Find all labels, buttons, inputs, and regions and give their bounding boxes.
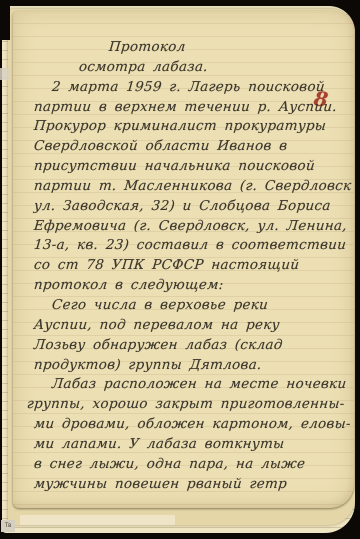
handwritten-line: ул. Заводская, 32) и Слобцова Бориса	[33, 197, 360, 217]
photo-black-corner	[0, 0, 10, 40]
handwritten-line: Лабаз расположен на месте ночевки	[51, 375, 360, 395]
handwritten-line: Прокурор криминалист прокуратуры	[33, 117, 360, 137]
handwritten-line: партии т. Масленникова (г. Свердловск	[33, 177, 360, 197]
handwritten-line: ми дровами, обложен картоном, еловы-	[33, 415, 360, 435]
photographed-notebook-page: 8 Протокол осмотра лабаза. 2 марта 1959 …	[0, 0, 360, 539]
handwritten-text-block: Протокол осмотра лабаза. 2 марта 1959 г.…	[33, 38, 360, 494]
under-page-light-strip	[20, 515, 175, 525]
document-title-line: Протокол	[108, 38, 360, 58]
document-title-line: осмотра лабаза.	[78, 58, 360, 78]
handwritten-line: в снег лыжи, одна пара, на лыже	[33, 455, 360, 475]
handwritten-line: со ст 78 УПК РСФСР настоящий	[33, 256, 360, 276]
handwritten-line: Ауспии, под перевалом на реку	[33, 316, 360, 336]
handwritten-line: Сего числа в верховье реки	[51, 296, 360, 316]
handwritten-line: присутствии начальника поисковой	[33, 157, 360, 177]
handwritten-line: протокол в следующем:	[33, 276, 360, 296]
handwritten-line: Лозьву обнаружен лабаз (склад	[33, 336, 360, 356]
handwritten-line: партии в верхнем течении р. Ауспии.	[33, 98, 360, 118]
handwritten-line: Ефремовича (г. Свердловск, ул. Ленина,	[33, 217, 360, 237]
handwritten-line: мужчины повешен рваный гетр	[33, 475, 360, 495]
edge-sticker-bottom: Тв	[1, 520, 15, 532]
handwritten-line: 2 марта 1959 г. Лагерь поисковой	[51, 78, 360, 98]
edge-sticker-top	[0, 68, 10, 80]
handwritten-line: 13-а, кв. 23) составил в соответствии	[33, 236, 360, 256]
handwritten-line: ми лапами. У лабаза воткнуты	[33, 435, 360, 455]
handwritten-line: продуктов) группы Дятлова.	[33, 356, 360, 376]
handwritten-line: группы, хорошо закрыт приготовленны-	[26, 395, 360, 415]
notebook-page: 8 Протокол осмотра лабаза. 2 марта 1959 …	[13, 11, 354, 508]
handwritten-line: Свердловской области Иванов в	[33, 137, 360, 157]
